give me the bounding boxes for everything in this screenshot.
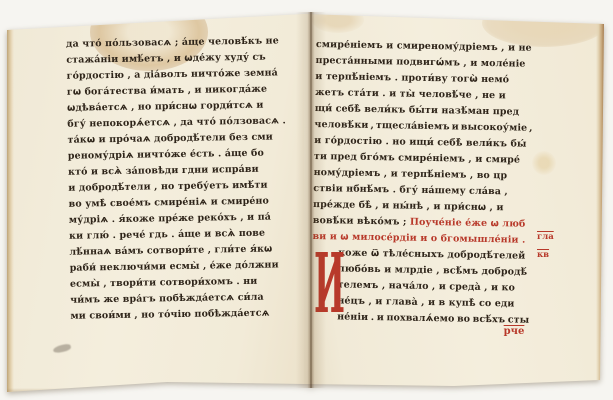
chapter-body: коже ѿ тѣле́сныхъ добродѣ́телей любо́вь … xyxy=(337,245,530,328)
rubric-heading-start: Поуче́ніе е́же ѡ люб xyxy=(410,217,526,230)
margin-note-chapter-number: кв xyxy=(537,248,563,262)
right-page: смире́ніемъ и смиреному́дріемъ , и не пр… xyxy=(304,9,604,394)
left-bottom-edge xyxy=(7,388,304,394)
foxing-stain xyxy=(312,9,364,33)
catchword: рче xyxy=(492,326,536,337)
ornate-initial: И xyxy=(314,246,338,326)
left-fore-edge xyxy=(7,9,14,394)
open-book: да что́ по́льзовасѧ ; а́ще человѣ́къ не … xyxy=(7,9,604,394)
right-fore-edge xyxy=(596,9,604,394)
margin-note-chapter-word: гла xyxy=(537,230,563,244)
pencil-smudge xyxy=(52,343,71,354)
right-bottom-edge xyxy=(304,388,604,394)
doxology-end: вовѣ́ки вѣко́мъ ; xyxy=(313,215,407,228)
left-page: да что́ по́льзовасѧ ; а́ще человѣ́къ не … xyxy=(7,9,304,394)
book-photo: да что́ по́льзовасѧ ; а́ще человѣ́къ не … xyxy=(0,0,613,400)
foxing-stain xyxy=(532,151,556,175)
text-line: ми свои́ми , но то́чію побѣжда́етсѧ xyxy=(70,305,292,324)
left-page-text: да что́ по́льзовасѧ ; а́ще человѣ́къ не … xyxy=(66,33,292,324)
